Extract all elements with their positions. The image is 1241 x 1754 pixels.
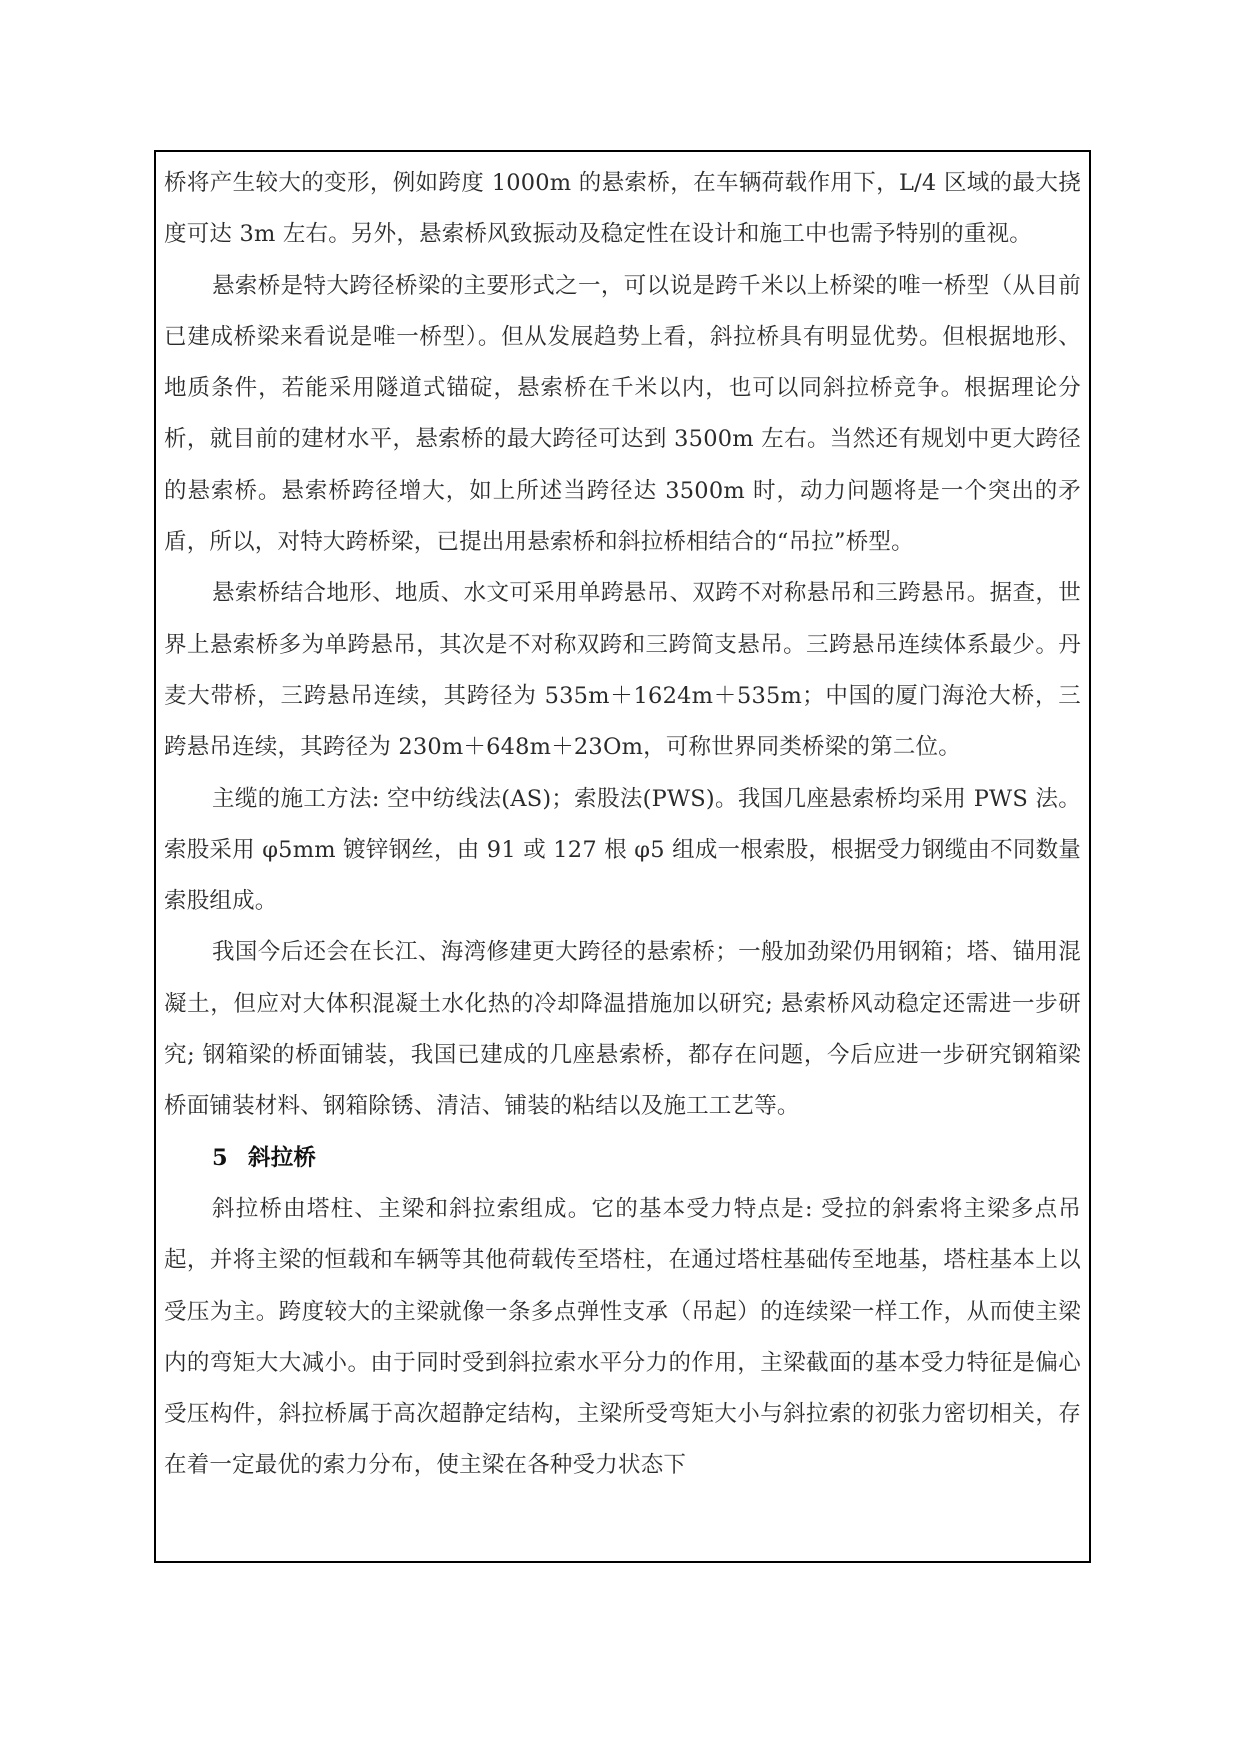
paragraph-main-cable-methods: 主缆的施工方法: 空中纺线法(AS)；索股法(PWS)。我国几座悬索桥均采用 P… xyxy=(164,774,1081,928)
paragraph-cable-stayed-intro: 斜拉桥由塔柱、主梁和斜拉索组成。它的基本受力特点是: 受拉的斜索将主梁多点吊起，… xyxy=(164,1184,1081,1492)
paragraph-suspension-bridge-overview: 悬索桥是特大跨径桥梁的主要形式之一，可以说是跨千米以上桥梁的唯一桥型（从目前已建… xyxy=(164,261,1081,569)
document-body: 桥将产生较大的变形，例如跨度 1000m 的悬索桥，在车辆荷载作用下，L/4 区… xyxy=(164,158,1081,1492)
section-heading: 5斜拉桥 xyxy=(164,1133,1081,1184)
paragraph-future-research: 我国今后还会在长江、海湾修建更大跨径的悬索桥；一般加劲梁仍用钢箱；塔、锚用混凝土… xyxy=(164,927,1081,1132)
page-frame: 桥将产生较大的变形，例如跨度 1000m 的悬索桥，在车辆荷载作用下，L/4 区… xyxy=(154,150,1091,1563)
paragraph-continuation: 桥将产生较大的变形，例如跨度 1000m 的悬索桥，在车辆荷载作用下，L/4 区… xyxy=(164,158,1081,261)
paragraph-suspension-types: 悬索桥结合地形、地质、水文可采用单跨悬吊、双跨不对称悬吊和三跨悬吊。据查，世界上… xyxy=(164,568,1081,773)
section-title: 斜拉桥 xyxy=(248,1145,316,1171)
section-number: 5 xyxy=(212,1133,248,1184)
